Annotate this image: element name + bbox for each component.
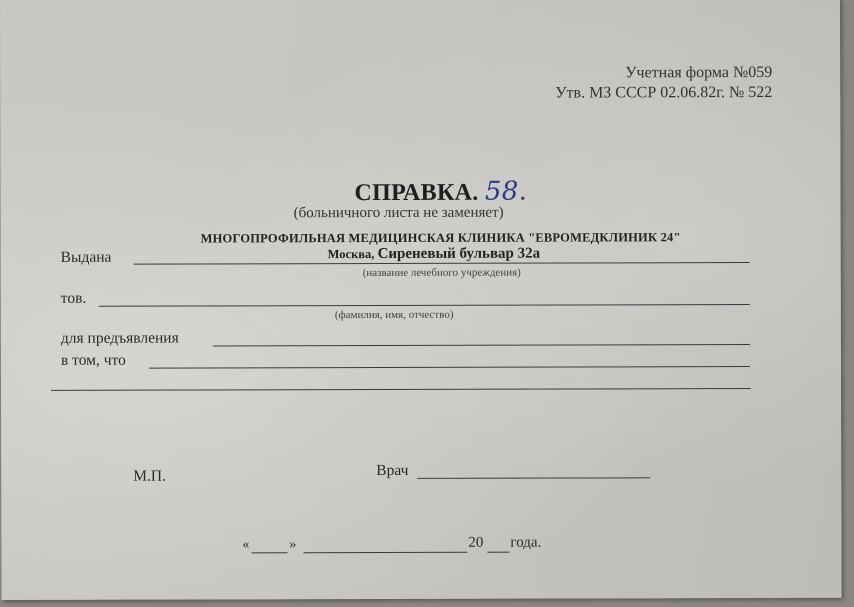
issued-caption: (название лечебного учреждения) (363, 267, 521, 279)
clinic-name: МНОГОПРОФИЛЬНАЯ МЕДИЦИНСКАЯ КЛИНИКА "ЕВР… (201, 230, 681, 246)
address-street: Сиреневый бульвар 32а (378, 246, 541, 262)
certificate-form: Учетная форма №059 Утв. МЗ СССР 02.06.82… (0, 0, 842, 600)
date-century: 20 (468, 535, 483, 552)
comrade-caption: (фамилия, имя, отчество) (335, 309, 454, 321)
statement-label: в том, что (61, 352, 126, 370)
document-subtitle: (больничного листа не заменяет) (294, 205, 504, 223)
form-name: Учетная форма №059 (555, 63, 772, 84)
presentation-label: для предъявления (61, 330, 179, 348)
address-city: Москва, (328, 247, 375, 261)
issued-line (134, 262, 750, 265)
date-suffix: года. (510, 535, 541, 552)
clinic-address: Москва, Сиреневый бульвар 32а (328, 246, 541, 264)
certificate-number-suffix: . (519, 177, 528, 207)
issued-label: Выдана (61, 249, 112, 267)
title-text: СПРАВКА. (354, 180, 478, 206)
date-close-quote: » (289, 537, 296, 553)
form-approval: Утв. МЗ СССР 02.06.82г. № 522 (555, 83, 772, 104)
date-year-line (487, 552, 509, 553)
comrade-label: тов. (61, 290, 87, 308)
doctor-label: Врач (376, 462, 408, 480)
date-day-line (251, 552, 287, 553)
certificate-number: 58 (485, 177, 519, 207)
date-open-quote: « (242, 537, 249, 553)
document-title: СПРАВКА. 58. (354, 177, 527, 207)
stamp-label: М.П. (133, 468, 166, 486)
form-header: Учетная форма №059 Утв. МЗ СССР 02.06.82… (555, 63, 772, 104)
